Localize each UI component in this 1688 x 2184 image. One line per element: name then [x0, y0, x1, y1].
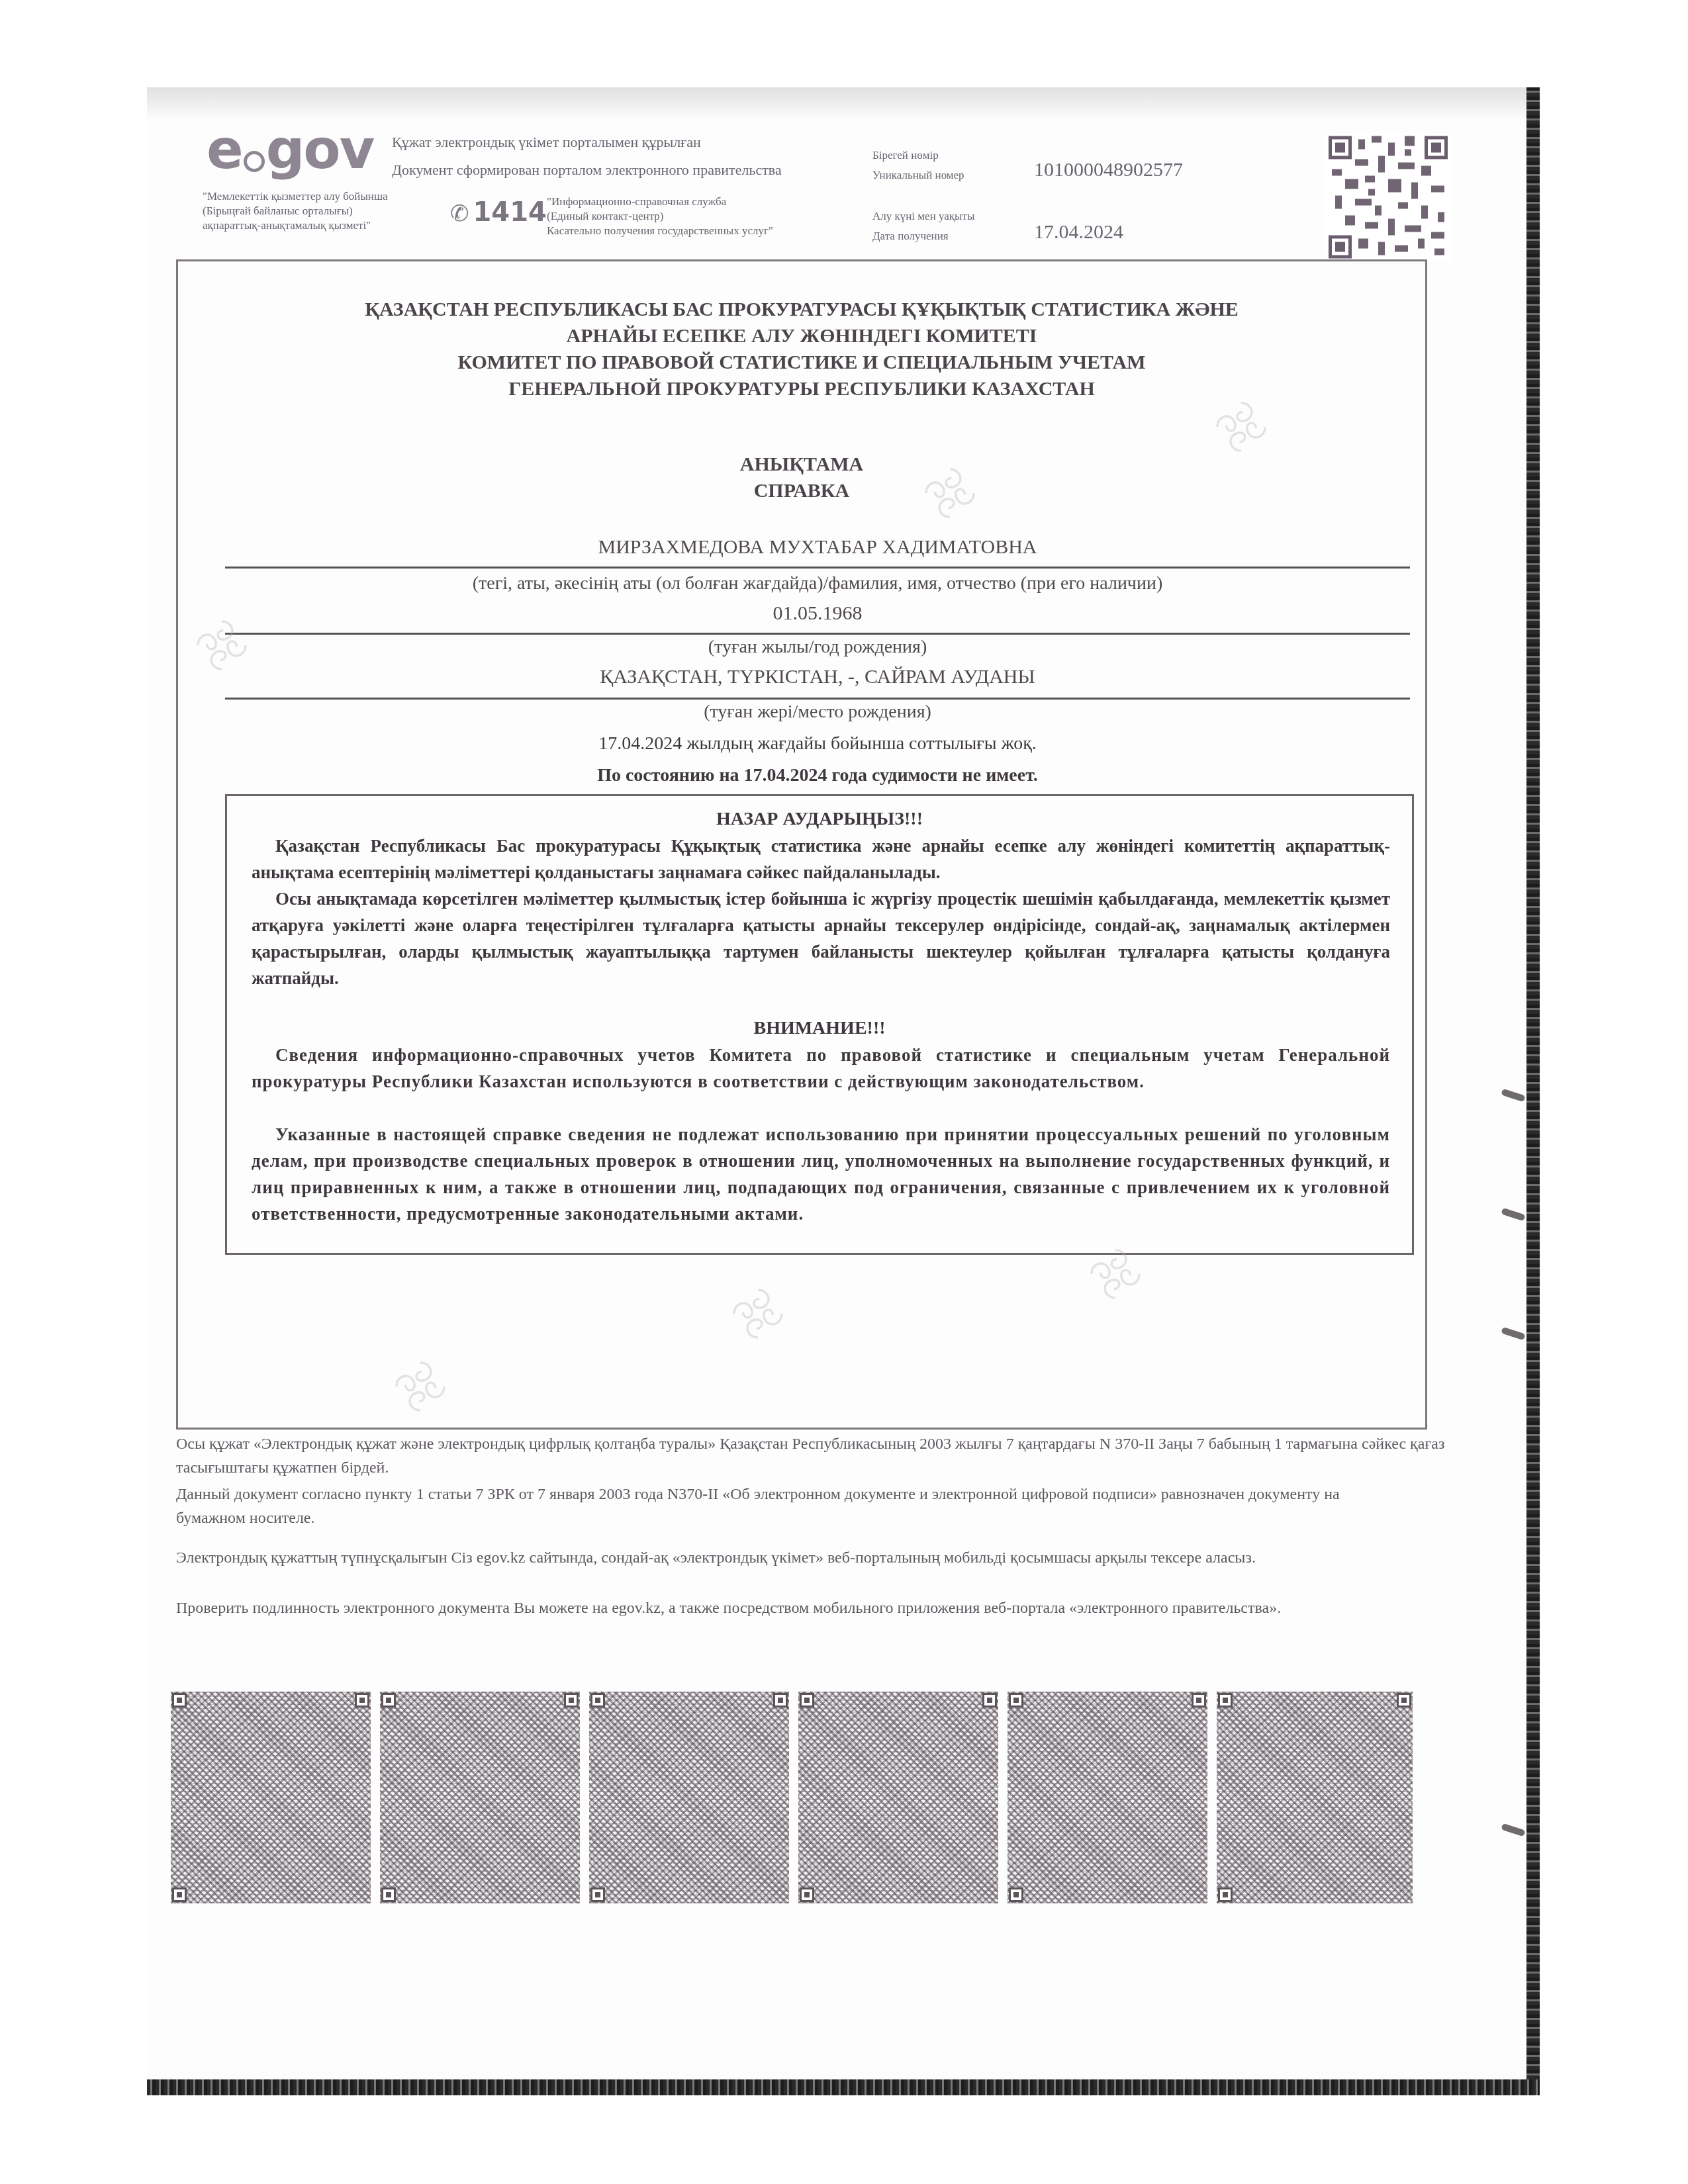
contact-ru-line: Касательно получения государственных усл… — [547, 224, 773, 238]
qr-code-footer-4 — [798, 1692, 998, 1903]
contact-kz-line: "Мемлекеттік қызметтер алу бойынша — [203, 189, 388, 204]
org-line-kz-2: АРНАЙЫ ЕСЕПКЕ АЛУ ЖӨНІНДЕГІ КОМИТЕТІ — [176, 323, 1427, 349]
qr-finder-icon — [773, 1693, 788, 1707]
contact-kz-line: ақпараттық-анықтамалық қызметі" — [203, 218, 388, 233]
qr-code-footer-5 — [1008, 1692, 1207, 1903]
title-ru: СПРАВКА — [176, 478, 1427, 504]
receipt-date: 17.04.2024 — [1034, 221, 1123, 244]
legal-notice-ru: Данный документ согласно пункту 1 статьи… — [176, 1482, 1394, 1530]
notice-title-kz: НАЗАР АУДАРЫҢЫЗ!!! — [225, 809, 1414, 830]
date-label-ru: Дата получения — [872, 226, 974, 246]
qr-finder-icon — [172, 1693, 187, 1707]
org-line-ru-1: КОМИТЕТ ПО ПРАВОВОЙ СТАТИСТИКЕ И СПЕЦИАЛ… — [176, 349, 1427, 376]
ornament-watermark-icon — [920, 463, 980, 523]
contact-center-kz: "Мемлекеттік қызметтер алу бойынша (Біры… — [203, 189, 388, 233]
birth-place: ҚАЗАҚСТАН, ТҮРКІСТАН, -, САЙРАМ АУДАНЫ — [225, 666, 1410, 688]
unique-number-label: Бірегей нөмір Уникальный номер — [872, 146, 964, 185]
date-label: Алу күні мен уақыты Дата получения — [872, 206, 974, 246]
phone-value: 1414 — [473, 197, 547, 228]
birth-place-caption: (туған жері/место рождения) — [225, 702, 1410, 723]
qr-code-strip — [171, 1692, 1442, 1903]
qr-finder-icon — [1218, 1888, 1233, 1902]
qr-code-footer-3 — [589, 1692, 789, 1903]
page-shadow — [147, 87, 1536, 120]
notice-kz-paragraph-1: Қазақстан Республикасы Бас прокуратурасы… — [252, 833, 1390, 886]
binder-edge-right — [1526, 87, 1540, 2079]
qr-finder-icon — [172, 1888, 187, 1902]
full-name: МИРЗАХМЕДОВА МУХТАБАР ХАДИМАТОВНА — [225, 536, 1410, 559]
unique-number-label-ru: Уникальный номер — [872, 165, 964, 185]
ornament-watermark-icon — [728, 1284, 788, 1343]
qr-finder-icon — [381, 1693, 396, 1707]
conviction-status-ru: По состоянию на 17.04.2024 года судимост… — [225, 765, 1410, 786]
ornament-watermark-icon — [1086, 1244, 1145, 1304]
birth-date-caption: (туған жылы/год рождения) — [225, 637, 1410, 658]
qr-finder-icon — [564, 1693, 579, 1707]
legal-notice-kz: Осы құжат «Электрондық құжат және электр… — [176, 1432, 1447, 1480]
verify-notice-kz: Электрондық құжаттың түпнұсқалығын Сіз e… — [176, 1546, 1447, 1570]
qr-finder-icon — [1009, 1693, 1023, 1707]
phone-number: ✆1414 — [450, 197, 547, 228]
divider — [225, 633, 1410, 635]
qr-finder-icon — [800, 1888, 814, 1902]
contact-kz-line: (Бірыңғай байланыс орталығы) — [203, 204, 388, 218]
qr-finder-icon — [982, 1693, 997, 1707]
contact-ru-line: "Информационно-справочная служба — [547, 195, 773, 209]
document-title: АНЫҚТАМА СПРАВКА — [176, 451, 1427, 504]
contact-ru-line: (Единый контакт-центр) — [547, 209, 773, 224]
issuing-organization: ҚАЗАҚСТАН РЕСПУБЛИКАСЫ БАС ПРОКУРАТУРАСЫ… — [176, 296, 1427, 402]
qr-finder-icon — [1397, 1693, 1411, 1707]
formed-by-portal-ru: Документ сформирован порталом электронно… — [392, 161, 782, 179]
org-line-kz-1: ҚАЗАҚСТАН РЕСПУБЛИКАСЫ БАС ПРОКУРАТУРАСЫ… — [176, 296, 1427, 323]
phone-icon: ✆ — [450, 201, 469, 227]
verify-notice-ru: Проверить подлинность электронного докум… — [176, 1596, 1394, 1620]
qr-code-header — [1325, 132, 1451, 262]
date-label-kz: Алу күні мен уақыты — [872, 206, 974, 226]
divider — [225, 567, 1410, 569]
notice-kz-paragraph-2: Осы анықтамада көрсетілген мәліметтер қы… — [252, 886, 1390, 991]
qr-finder-icon — [1218, 1693, 1233, 1707]
ornament-watermark-icon — [391, 1357, 450, 1416]
binder-edge-bottom — [147, 2079, 1540, 2095]
contact-center-ru: "Информационно-справочная служба (Единый… — [547, 195, 773, 238]
qr-finder-icon — [800, 1693, 814, 1707]
notice-ru-paragraph-2: Указанные в настоящей справке сведения н… — [252, 1121, 1390, 1227]
full-name-caption: (тегі, аты, әкесінің аты (ол болған жағд… — [225, 573, 1410, 594]
qr-code-footer-2 — [380, 1692, 580, 1903]
unique-number-label-kz: Бірегей нөмір — [872, 146, 964, 165]
ornament-watermark-icon — [1211, 397, 1271, 457]
qr-finder-icon — [1192, 1693, 1206, 1707]
qr-finder-icon — [355, 1693, 369, 1707]
formed-by-portal-kz: Құжат электрондық үкімет порталымен құры… — [392, 134, 701, 151]
qr-finder-icon — [1009, 1888, 1023, 1902]
notice-title-ru: ВНИМАНИЕ!!! — [225, 1018, 1414, 1039]
qr-code-footer-6 — [1217, 1692, 1413, 1903]
qr-finder-icon — [381, 1888, 396, 1902]
unique-number: 10100004890257​7 — [1034, 159, 1183, 181]
conviction-status-kz: 17.04.2024 жылдың жағдайы бойынша соттыл… — [225, 733, 1410, 754]
divider — [225, 698, 1410, 700]
notice-ru-paragraph-1: Сведения информационно-справочных учетов… — [252, 1042, 1390, 1095]
ornament-watermark-icon — [192, 615, 252, 675]
qr-finder-icon — [590, 1888, 605, 1902]
egov-logo-icon — [244, 151, 265, 172]
egov-logo: egov — [207, 123, 373, 177]
qr-finder-icon — [590, 1693, 605, 1707]
qr-code-footer-1 — [171, 1692, 371, 1903]
birth-date: 01.05.1968 — [225, 602, 1410, 625]
